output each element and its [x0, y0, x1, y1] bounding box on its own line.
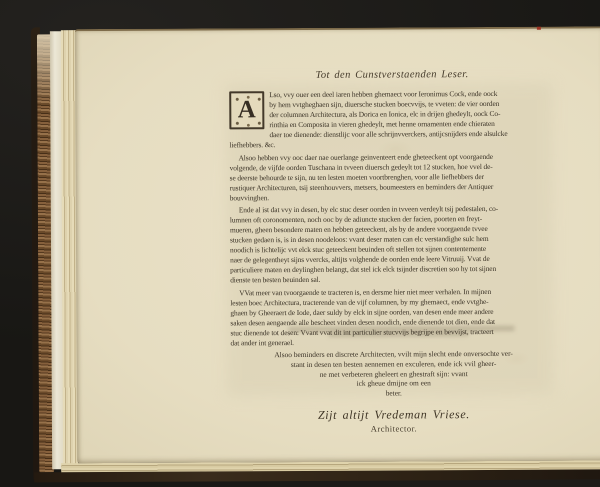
paragraph-2: Alsoo hebben vvy ooc daer nae ouerlange …	[230, 151, 556, 203]
signature-title: Architector.	[231, 423, 557, 435]
text-line: liefhebbers. &c.	[229, 139, 555, 151]
text-line: dienste ten besten beuinden sal.	[230, 274, 556, 286]
text-block: Tot den Cunstverstaenden Leser. A Lso, v…	[229, 69, 557, 435]
signature: Zijt altijt Vredeman Vriese.	[231, 407, 557, 424]
paragraph-1: A Lso, vvy ouer een deel iaren hebben gh…	[229, 89, 555, 151]
book-page: Tot den Cunstverstaenden Leser. A Lso, v…	[75, 26, 600, 463]
paragraph-3: Ende al ist dat vvy in desen, by elc stu…	[230, 204, 556, 286]
book-cover-bottom-edge	[34, 469, 600, 482]
closing-paragraph: Alsoo beminders en discrete Architecten,…	[231, 349, 557, 400]
text-line: Alsoo beminders en discrete Architecten,…	[231, 349, 557, 361]
text-line: bouvvinghen.	[230, 191, 556, 203]
text-line: daer toe dienende: dienstlijc voor alle …	[229, 129, 555, 141]
text-line: beter.	[231, 388, 557, 400]
red-mark	[537, 27, 541, 30]
book-photo: Tot den Cunstverstaenden Leser. A Lso, v…	[0, 0, 600, 487]
drop-cap-initial: A	[229, 91, 264, 129]
paragraph-4: VVat meer van tvoorgaende te tracteren i…	[230, 286, 556, 348]
page-heading: Tot den Cunstverstaenden Leser.	[229, 69, 555, 83]
text-line: dat ander int generael.	[230, 336, 556, 348]
